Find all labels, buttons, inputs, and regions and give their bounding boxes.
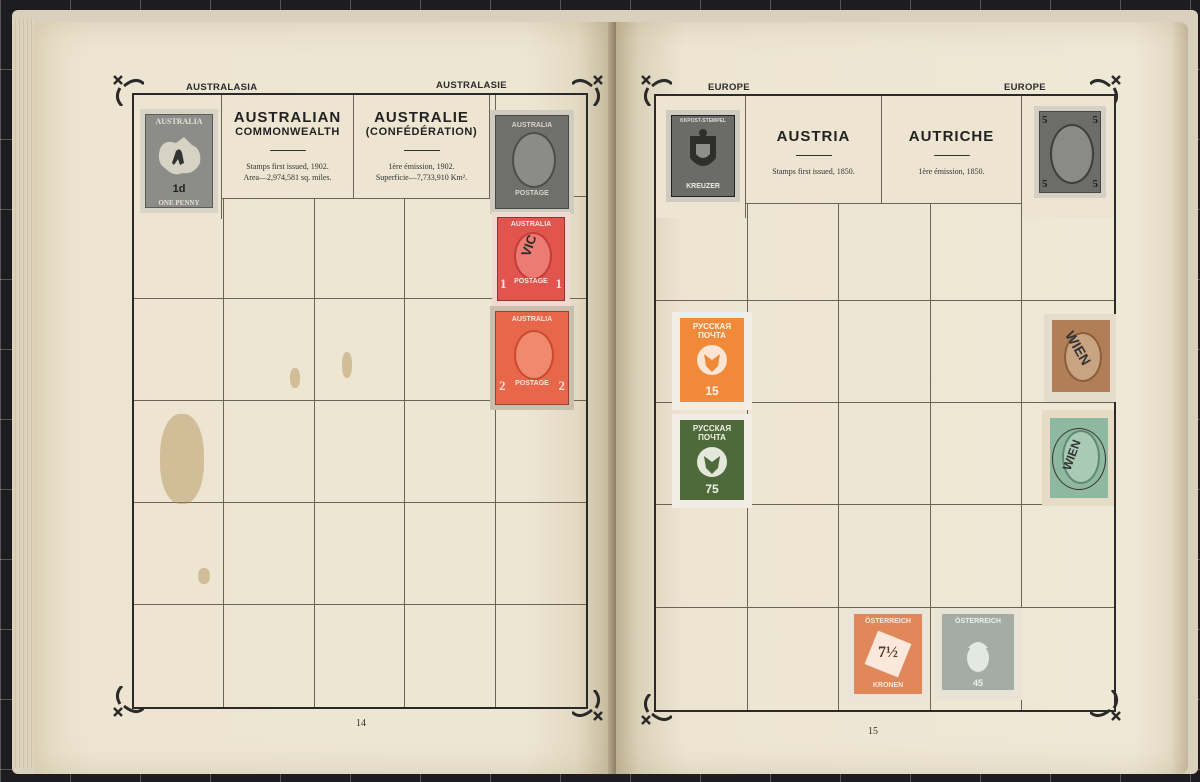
stamp-slot[interactable] [134, 503, 224, 605]
region-label-left: EUROPE [708, 82, 750, 93]
issue-info: Stamps first issued, 1902. [222, 161, 353, 172]
red-2-pence-stamp[interactable]: AUSTRALIA POSTAGE 2 2 [490, 306, 574, 410]
postmark-ring [1052, 428, 1106, 490]
stamp-slot[interactable] [405, 197, 495, 299]
stamp-slot[interactable] [748, 198, 840, 300]
stamp-slot[interactable] [839, 301, 931, 403]
stamp-slot[interactable] [496, 605, 586, 707]
stamp-slot[interactable] [134, 605, 224, 707]
stamp-slot[interactable] [315, 299, 405, 401]
stain [290, 368, 300, 388]
stamp-slot[interactable] [315, 401, 405, 503]
country-header-english: AUSTRALIAN COMMONWEALTH Stamps first iss… [222, 95, 354, 199]
stamp-slot[interactable] [405, 605, 495, 707]
red-1-penny-stamp[interactable]: AUSTRALIA POSTAGE 1 1 VIC [492, 212, 570, 306]
stamp-slot[interactable] [405, 503, 495, 605]
stamp-slot[interactable] [931, 505, 1023, 607]
page-edges [12, 18, 34, 768]
region-label-right: AUSTRALASIE [436, 80, 507, 91]
austria-45-heller-stamp[interactable]: ÖSTERREICH 45 [934, 608, 1022, 700]
stain [160, 414, 204, 504]
region-label-right: EUROPE [1004, 82, 1046, 93]
issue-info-fr: 1ère émission, 1850. [882, 166, 1021, 177]
country-header-french: AUSTRALIE (CONFÉDÉRATION) 1ère émission,… [354, 95, 490, 199]
left-page: AUSTRALASIA AUSTRALASIE AUSTRALIAN COMMO… [34, 22, 612, 774]
double-headed-eagle-icon [696, 446, 728, 478]
mercury-head-icon [962, 636, 994, 676]
stamp-slot[interactable] [839, 403, 931, 505]
stamp-slot[interactable] [496, 401, 586, 503]
stamp-slot[interactable] [224, 401, 314, 503]
stamp-slot[interactable] [134, 299, 224, 401]
stamp-slot[interactable] [315, 605, 405, 707]
country-header-english: AUSTRIA Stamps first issued, 1850. [746, 96, 882, 204]
stamp-slot[interactable] [1022, 505, 1114, 607]
portrait-icon [514, 330, 554, 380]
country-title-en: AUSTRALIAN [222, 109, 353, 126]
king-george-stamp[interactable]: AUSTRALIA POSTAGE [490, 110, 574, 214]
double-headed-eagle-icon [696, 344, 728, 376]
austria-2-kreuzer-stamp[interactable]: WIEN [1044, 314, 1116, 402]
stain [198, 568, 210, 584]
right-page: EUROPE EUROPE AUSTRIA Stamps first issue… [616, 22, 1188, 774]
country-subtitle-en: COMMONWEALTH [222, 126, 353, 138]
area-info: Area—2,974,581 sq. miles. [222, 172, 353, 183]
page-number: 15 [868, 726, 878, 737]
stamp-slot[interactable] [224, 503, 314, 605]
portrait-icon [512, 132, 556, 188]
russian-15-kop-stamp[interactable]: РУССКАЯ ПОЧТА 15 [672, 312, 752, 410]
divider [270, 150, 306, 151]
stamp-slot[interactable] [748, 403, 840, 505]
country-title-fr: AUTRICHE [882, 128, 1021, 145]
kreuzer-coat-of-arms-stamp[interactable]: KKPOST-STEMPEL KREUZER [666, 110, 740, 202]
stamp-album: AUSTRALASIA AUSTRALASIE AUSTRALIAN COMMO… [12, 10, 1198, 774]
stamp-slot[interactable] [315, 503, 405, 605]
region-label-left: AUSTRALASIA [186, 82, 257, 93]
divider [404, 150, 440, 151]
page-number: 14 [356, 718, 366, 729]
franz-joseph-5-kreuzer-stamp[interactable]: 5 5 5 5 [1034, 106, 1106, 198]
stamp-slot[interactable] [224, 299, 314, 401]
russian-75-kop-stamp[interactable]: РУССКАЯ ПОЧТА 75 [672, 414, 752, 508]
issue-info-fr: 1ère émission, 1902. [354, 161, 489, 172]
stain [342, 352, 352, 378]
stamp-slot[interactable] [748, 608, 840, 710]
austria-3-kreuzer-stamp[interactable]: WIEN [1042, 410, 1114, 506]
area-info-fr: Superficie—7,733,910 Km². [354, 172, 489, 183]
stamp-slot[interactable] [748, 505, 840, 607]
coat-of-arms-icon [686, 128, 720, 178]
issue-info: Stamps first issued, 1850. [746, 166, 881, 177]
australia-map-icon [154, 135, 204, 179]
stamp-slot[interactable] [931, 301, 1023, 403]
stamp-slot[interactable] [748, 301, 840, 403]
kangaroo-stamp[interactable]: AUSTRALIA 1d ONE PENNY [140, 109, 218, 213]
stamp-slot[interactable] [656, 608, 748, 710]
country-header-french: AUTRICHE 1ère émission, 1850. [882, 96, 1022, 204]
stamp-slot[interactable] [656, 505, 748, 607]
austria-7-half-kronen-stamp[interactable]: ÖSTERREICH 7½ KRONEN [848, 608, 928, 702]
country-subtitle-fr: (CONFÉDÉRATION) [354, 126, 489, 138]
portrait-icon [1050, 124, 1094, 184]
stamp-slot[interactable] [224, 197, 314, 299]
country-title-fr: AUSTRALIE [354, 109, 489, 126]
divider [796, 155, 832, 156]
stamp-slot[interactable] [931, 198, 1023, 300]
stamp-slot[interactable] [839, 198, 931, 300]
stamp-slot[interactable] [839, 505, 931, 607]
stamp-slot[interactable] [1022, 608, 1114, 710]
stamp-slot[interactable] [405, 401, 495, 503]
stamp-slot[interactable] [224, 605, 314, 707]
country-title-en: AUSTRIA [746, 128, 881, 145]
stamp-slot[interactable] [315, 197, 405, 299]
divider [934, 155, 970, 156]
stamp-slot[interactable] [496, 503, 586, 605]
stamp-slot[interactable] [931, 403, 1023, 505]
stamp-slot[interactable] [405, 299, 495, 401]
